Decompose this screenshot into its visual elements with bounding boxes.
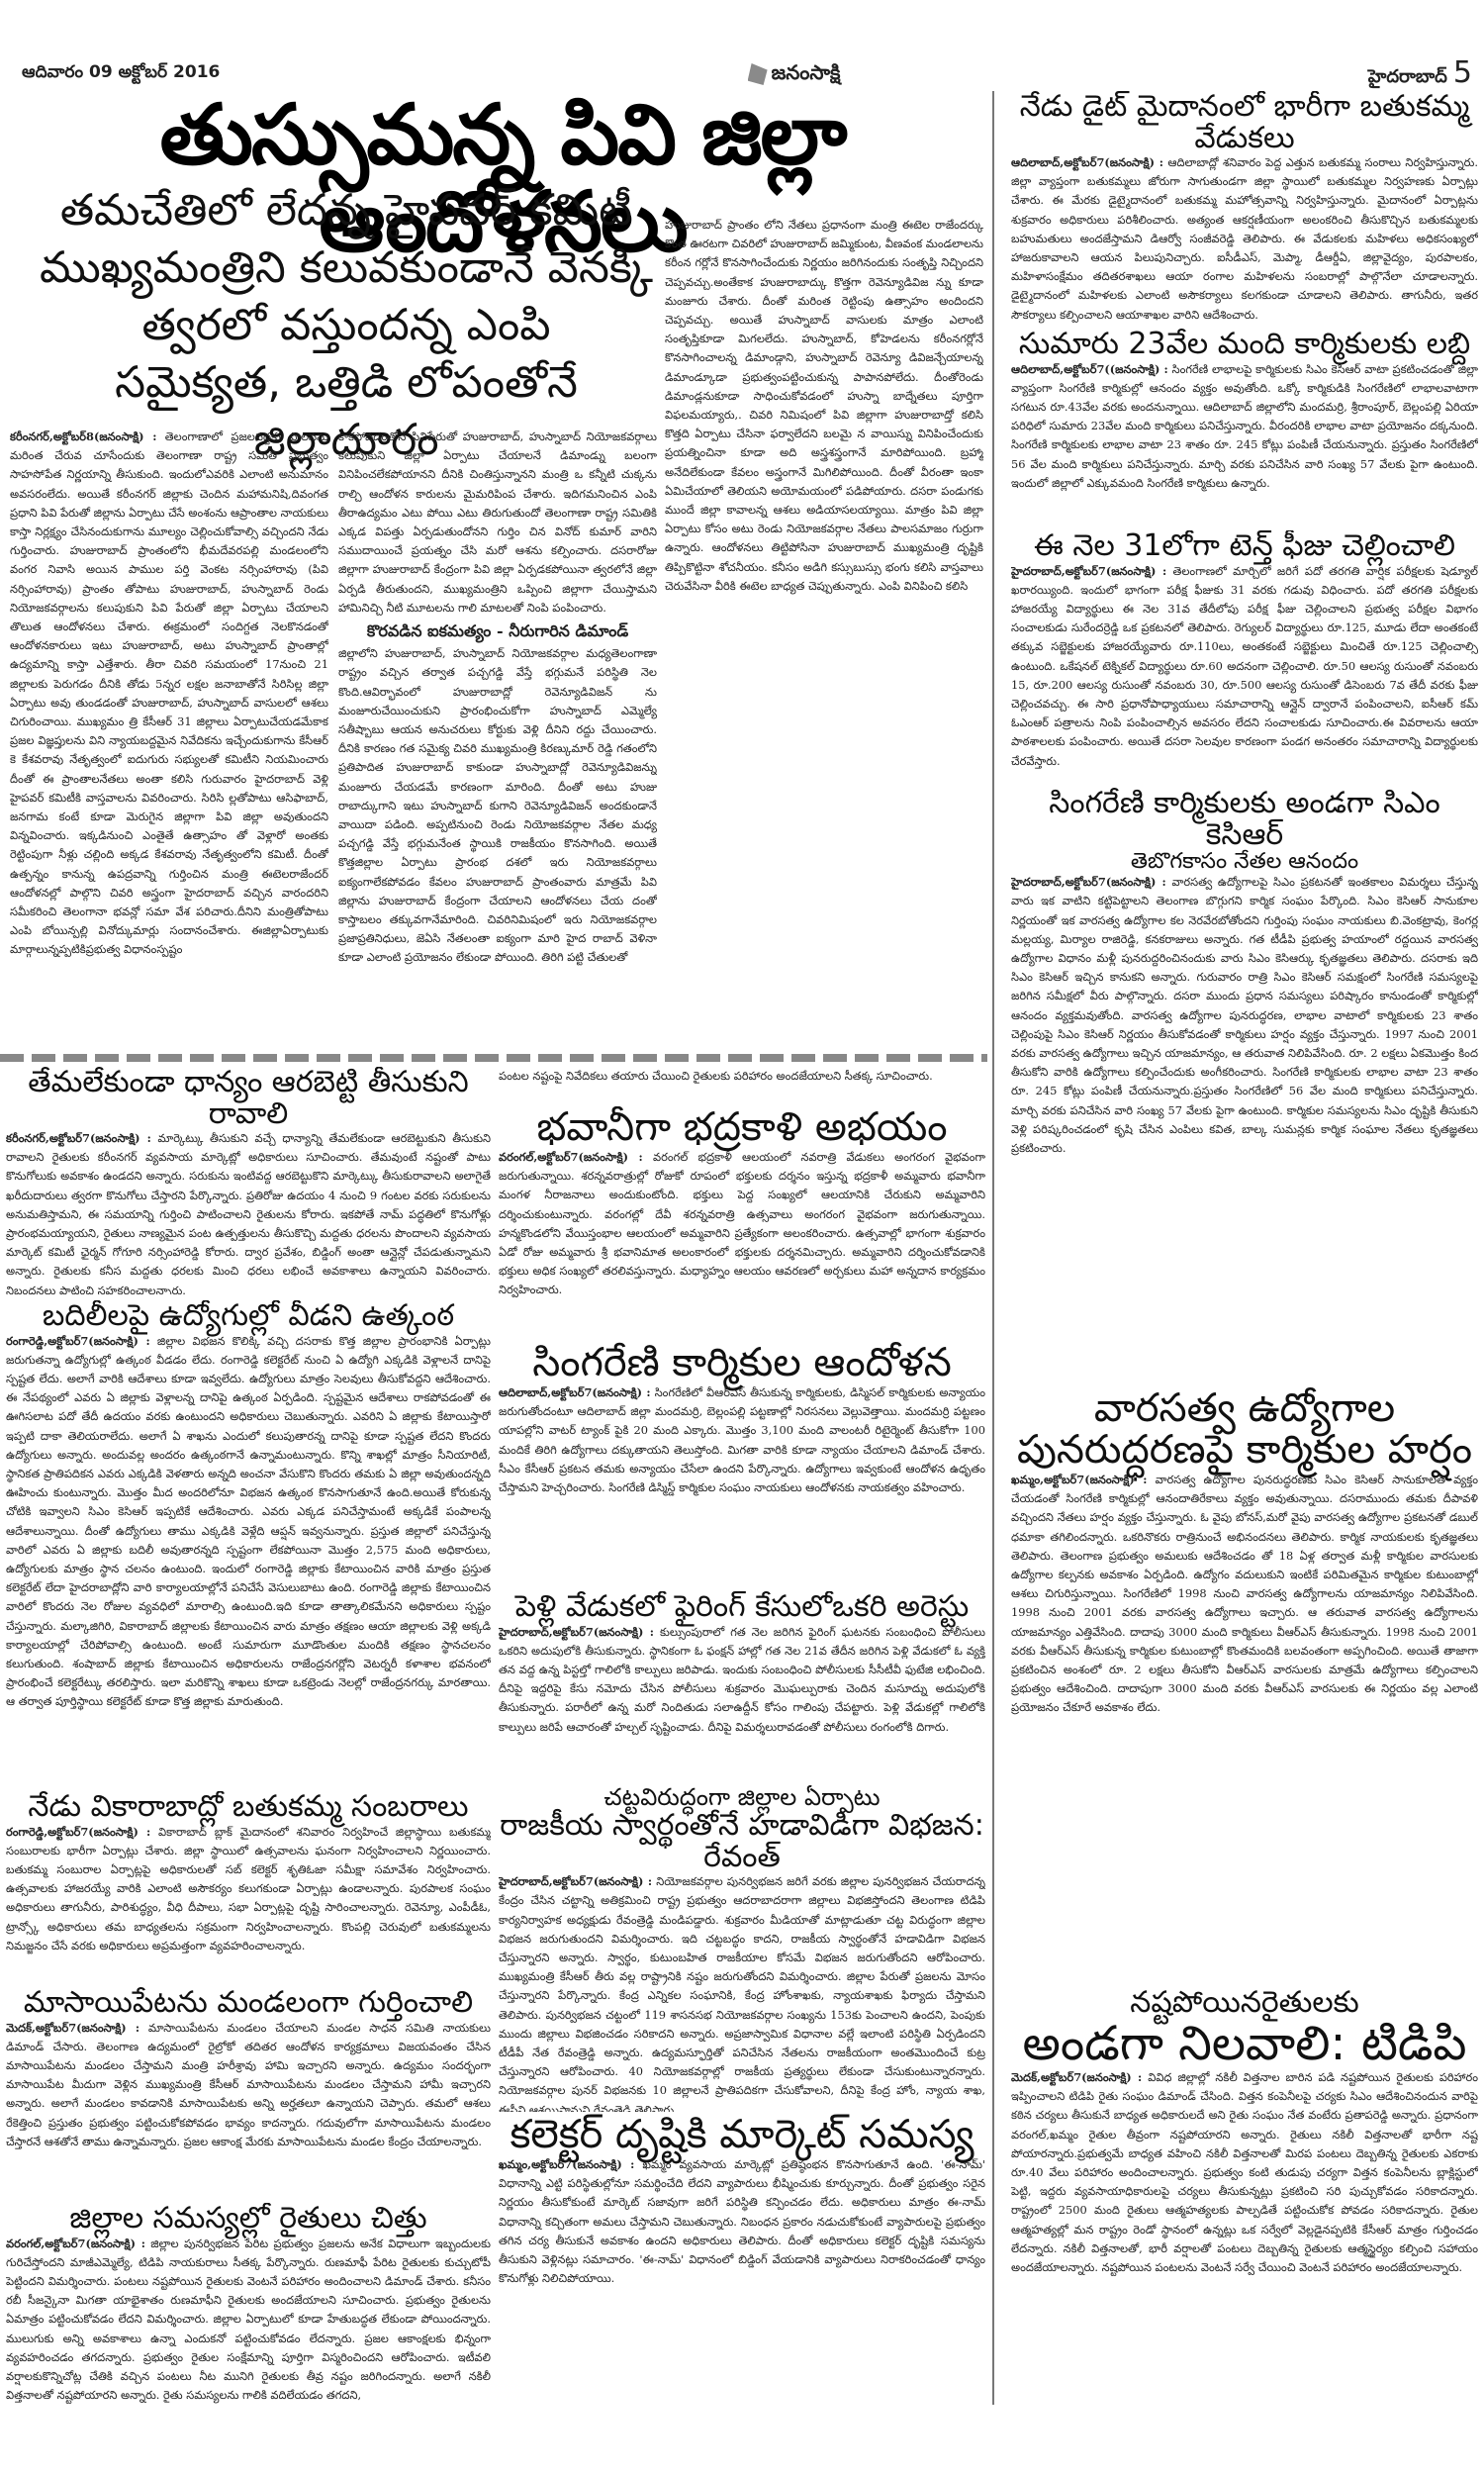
article-kicker: చట్టవిరుద్ధంగా జిల్లాల ఏర్పాటు	[499, 1785, 985, 1810]
article-headline: సింగరేణి కార్మికుల ఆందోళన	[499, 1342, 985, 1383]
dateline: ఆదిలాబాద్,అక్టోబర్7(జనంసాక్షి) :	[1011, 155, 1163, 169]
dateline: ఆదిలాబాద్,అక్టోబర్7((జనంసాక్షి) :	[1011, 362, 1168, 376]
article: చట్టవిరుద్ధంగా జిల్లాల ఏర్పాటు రాజకీయ స్…	[499, 1785, 985, 2112]
article-headline: వారసత్వ ఉద్యోగాల పునరుద్ధరణపై కార్మికుల …	[1011, 1387, 1478, 1471]
section-city: హైదరాబాద్	[1368, 66, 1447, 91]
article-headline: నేడు డైట్ మైదానంలో భారీగా బతుకమ్మ వేడుకల…	[1011, 91, 1478, 153]
article: పెళ్లి వేడుకలో ఫైరింగ్ కేసులోఒకరి అరెస్ట…	[499, 1591, 985, 1781]
paper-name: జనంసాక్షి	[772, 60, 841, 89]
article-body: కుల్సుంపురాలో గత నెల జరిగిన ఫైరింగ్ ఘటనక…	[499, 1625, 985, 1734]
dateline: హైదరాబాద్,అక్టోబర్7(జనంసాక్షి) :	[499, 1625, 654, 1639]
article-body: నియోజకవర్గాల పునర్విభజన జరిగే వరకు జిల్ల…	[499, 1874, 985, 2112]
article-body: హుజురాబాద్ ప్రాంతం లోని నేతలు ప్రధానంగా …	[665, 218, 983, 593]
lead-inline-subhead: కొరవడిన ఐకమత్యం - నీరుగారిన డిమాండ్	[338, 621, 657, 640]
paper-logo: జనంసాక్షి	[748, 60, 841, 89]
article-body: కాకపోవడంతోనే పివిపేరుతో హుజురాబాద్, హుస్…	[338, 428, 657, 618]
dateline: హైదరాబాద్,అక్టోబర్7(జనంసాక్షి) :	[1011, 564, 1166, 578]
article-headline: సింగరేణి కార్మికులకు అండగా సిఎం కెసిఆర్	[1011, 788, 1478, 850]
article-continuation: పంటల నష్టంపై నివేదికలు తయారు చేయించి రైత…	[499, 1067, 985, 1106]
article-body: జిల్లాల విభజన కొలిక్కి వచ్చి దసరాకు కొత్…	[6, 1334, 491, 1709]
article-headline-line2: అండగా నిలవాలి: టిడిపి	[1011, 2019, 1478, 2068]
dateline: మెదక్,అక్టోబర్7(జనంసాక్షి) :	[6, 2021, 139, 2035]
dateline: కరీంనగర్,అక్టోబర్8(జనంసాక్షి) :	[10, 429, 156, 443]
article-headline: సుమారు 23వేల మంది కార్మికులకు లబ్ది	[1011, 329, 1478, 360]
article: సుమారు 23వేల మంది కార్మికులకు లబ్ది ఆదిల…	[1011, 329, 1478, 526]
article-headline: బదిలీలపై ఉద్యోగుల్లో వీడని ఉత్కంఠ	[6, 1300, 491, 1332]
article-headline: ఈ నెల 31లోగా టెన్త్ ఫీజు చెల్లించాలి	[1011, 530, 1478, 562]
article-body: సింగరేణిలో వీఆర్ఎస్ తీసుకున్న కార్మికులక…	[499, 1385, 985, 1494]
article-body: జిల్లాలోని హుజురాబాద్, హుస్నాబాద్ నియోజక…	[338, 644, 657, 967]
article-body: వివిధ జిల్లాల్లో నకిలీ విత్తనాల బారిన పడ…	[1011, 2070, 1478, 2274]
article-body: వారసత్వ ఉద్యోగాలపై సిఎం ప్రకటనతో ఇంతకాలం…	[1011, 875, 1478, 1155]
article-body: జిల్లాల పునర్విభజన పేరిట ప్రభుత్వం ప్రజల…	[6, 2237, 491, 2403]
article-body: మాసాయిపేటను మండలం చేయాలని మండల సాధన సమిత…	[6, 2021, 491, 2148]
article: బదిలీలపై ఉద్యోగుల్లో వీడని ఉత్కంఠ రంగారె…	[6, 1300, 491, 1785]
article: ఈ నెల 31లోగా టెన్త్ ఫీజు చెల్లించాలి హైద…	[1011, 530, 1478, 784]
dateline: ఆదిలాబాద్,అక్టోబర్7(జనంసాక్షి) :	[499, 1385, 651, 1399]
column-divider	[992, 91, 994, 2405]
article-headline: కలెక్టర్ దృష్టికి మార్కెట్ సమస్య	[499, 2114, 985, 2155]
article: నేడు డైట్ మైదానంలో భారీగా బతుకమ్మ వేడుకల…	[1011, 91, 1478, 325]
lead-column-3: హుజురాబాద్ ప్రాంతం లోని నేతలు ప్రధానంగా …	[665, 216, 983, 1041]
article-headline: జిల్లాల సమస్యల్లో రైతులు చిత్తు	[6, 2203, 491, 2235]
page-number: 5	[1453, 58, 1472, 88]
article-headline-line1: నష్టపోయినరైతులకు	[1011, 1987, 1478, 2019]
lead-column-1: కరీంనగర్,అక్టోబర్8(జనంసాక్షి) : తెలంగాణా…	[10, 428, 328, 1041]
dateline: కరీంనగర్,అక్టోబర్7(జనంసాక్షి) :	[6, 1131, 151, 1145]
article-body: తెలంగాణాలో ప్రజలవద్దకు పాలనను మరింత చేరు…	[10, 429, 328, 956]
article-headline: నేడు వికారాబాద్లో బతుకమ్మ సంబరాలు	[6, 1791, 491, 1823]
article: కలెక్టర్ దృష్టికి మార్కెట్ సమస్య ఖమ్మం,అ…	[499, 2114, 985, 2361]
article: మాసాయిపేటను మండలంగా గుర్తించాలి మెదక్,అక…	[6, 1987, 491, 2199]
article: నష్టపోయినరైతులకు అండగా నిలవాలి: టిడిపి మ…	[1011, 1987, 1478, 2403]
dateline: ఖమ్మం,అక్టోబర్7(జనంసాక్షి) :	[1011, 1473, 1147, 1486]
dateline: వరంగల్,అక్టోబర్7(జనంసాక్షి) :	[499, 1150, 643, 1164]
lead-subhead: ముఖ్యమంత్రిని కలువకుండానే వెనక్కి	[30, 239, 663, 297]
newspaper-page: ఆదివారం 09 అక్టోబర్ 2016 జనంసాక్షి హైదరా…	[0, 0, 1484, 2475]
article-body: వారసత్వ ఉద్యోగాల పునరుద్ధరణకు సిఎం కెసిఆ…	[1011, 1473, 1478, 1714]
article-body: సింగరేణి లాభాలపై కార్మికులకు సిఎం కెసిఆర…	[1011, 362, 1478, 490]
issue-date: ఆదివారం 09 అక్టోబర్ 2016	[22, 62, 220, 86]
lead-subheads: తమచేతిలో లేదన్న హైపవర్ కమిటీ ముఖ్యమంత్రి…	[30, 182, 663, 469]
article-headline: తేమలేకుండా ధాన్యం ఆరబెట్టి తీసుకుని రావా…	[6, 1067, 491, 1129]
masthead: ఆదివారం 09 అక్టోబర్ 2016 జనంసాక్షి హైదరా…	[22, 61, 1472, 87]
middle-column: పంటల నష్టంపై నివేదికలు తయారు చేయించి రైత…	[499, 1067, 985, 2361]
article: సింగరేణి కార్మికుల ఆందోళన ఆదిలాబాద్,అక్ట…	[499, 1342, 985, 1589]
article-subhead: తెబొగకాసం నేతల ఆనందం	[1011, 850, 1478, 873]
lead-subhead: తమచేతిలో లేదన్న హైపవర్ కమిటీ	[30, 182, 663, 239]
dateline: రంగారెడ్డి,అక్టోబర్7(జనంసాక్షి) :	[6, 1334, 150, 1348]
article-body: వికారాబాద్ బ్లాక్ మైదానంలో శనివారం నిర్వ…	[6, 1825, 491, 1952]
lead-column-2: కాకపోవడంతోనే పివిపేరుతో హుజురాబాద్, హుస్…	[338, 428, 657, 1041]
article-headline: రాజకీయ స్వార్థంతోనే హడావిడిగా విభజన: రేవ…	[499, 1810, 985, 1872]
dateline: మెదక్,అక్టోబర్7(జనంసాక్షి) :	[1011, 2070, 1142, 2084]
article: నేడు వికారాబాద్లో బతుకమ్మ సంబరాలు రంగారె…	[6, 1791, 491, 1983]
section-divider	[0, 1054, 987, 1062]
article-body: ఆదిలాబాద్లో శనివారం పెద్ద ఎత్తున బతుకమ్మ…	[1011, 155, 1478, 322]
article: జిల్లాల సమస్యల్లో రైతులు చిత్తు వరంగల్,అ…	[6, 2203, 491, 2446]
right-column: నేడు డైట్ మైదానంలో భారీగా బతుకమ్మ వేడుకల…	[1011, 91, 1478, 2403]
article: భవానీగా భద్రకాళి అభయం వరంగల్,అక్టోబర్7(జ…	[499, 1106, 985, 1340]
dateline: రంగారెడ్డి,అక్టోబర్7(జనంసాక్షి) :	[6, 1825, 150, 1839]
article-headline: పెళ్లి వేడుకలో ఫైరింగ్ కేసులోఒకరి అరెస్ట…	[499, 1591, 985, 1623]
article: సింగరేణి కార్మికులకు అండగా సిఎం కెసిఆర్ …	[1011, 788, 1478, 1381]
page-section: హైదరాబాద్ 5	[1368, 58, 1472, 91]
article: వారసత్వ ఉద్యోగాల పునరుద్ధరణపై కార్మికుల …	[1011, 1387, 1478, 1981]
dateline: హైదరాబాద్,అక్టోబర్7(జనంసాక్షి) :	[1011, 875, 1166, 889]
dateline: వరంగల్,అక్టోబర్7(జనంసాక్షి) :	[6, 2237, 145, 2250]
left-column: తేమలేకుండా ధాన్యం ఆరబెట్టి తీసుకుని రావా…	[6, 1067, 491, 2446]
article-body: వరంగల్ భద్రకాళీ ఆలయంలో నవరాత్రి వేడుకలు …	[499, 1150, 985, 1296]
article-headline: మాసాయిపేటను మండలంగా గుర్తించాలి	[6, 1987, 491, 2019]
lead-subhead: త్వరలో వస్తుందన్న ఎంపి	[30, 297, 663, 354]
dateline: ఖమ్మం,అక్టోబర్7(జనంసాక్షి) :	[499, 2157, 634, 2171]
article-headline: భవానీగా భద్రకాళి అభయం	[499, 1106, 985, 1148]
article-body: తెలంగాణలో మార్చిలో జరిగే పదో తరగతి వార్ష…	[1011, 564, 1478, 768]
dateline: హైదరాబాద్,అక్టోబర్7(జనంసాక్షి) :	[499, 1874, 652, 1888]
article-body: మార్కెట్కు తీసుకుని వచ్చే ధాన్యాన్ని తేమ…	[6, 1131, 491, 1294]
article: తేమలేకుండా ధాన్యం ఆరబెట్టి తీసుకుని రావా…	[6, 1067, 491, 1294]
article-body: ఖమ్మం వ్యవసాయ మార్కెట్లో ప్రతిష్ఠంభన కొన…	[499, 2157, 985, 2285]
logo-map-icon	[748, 63, 768, 85]
